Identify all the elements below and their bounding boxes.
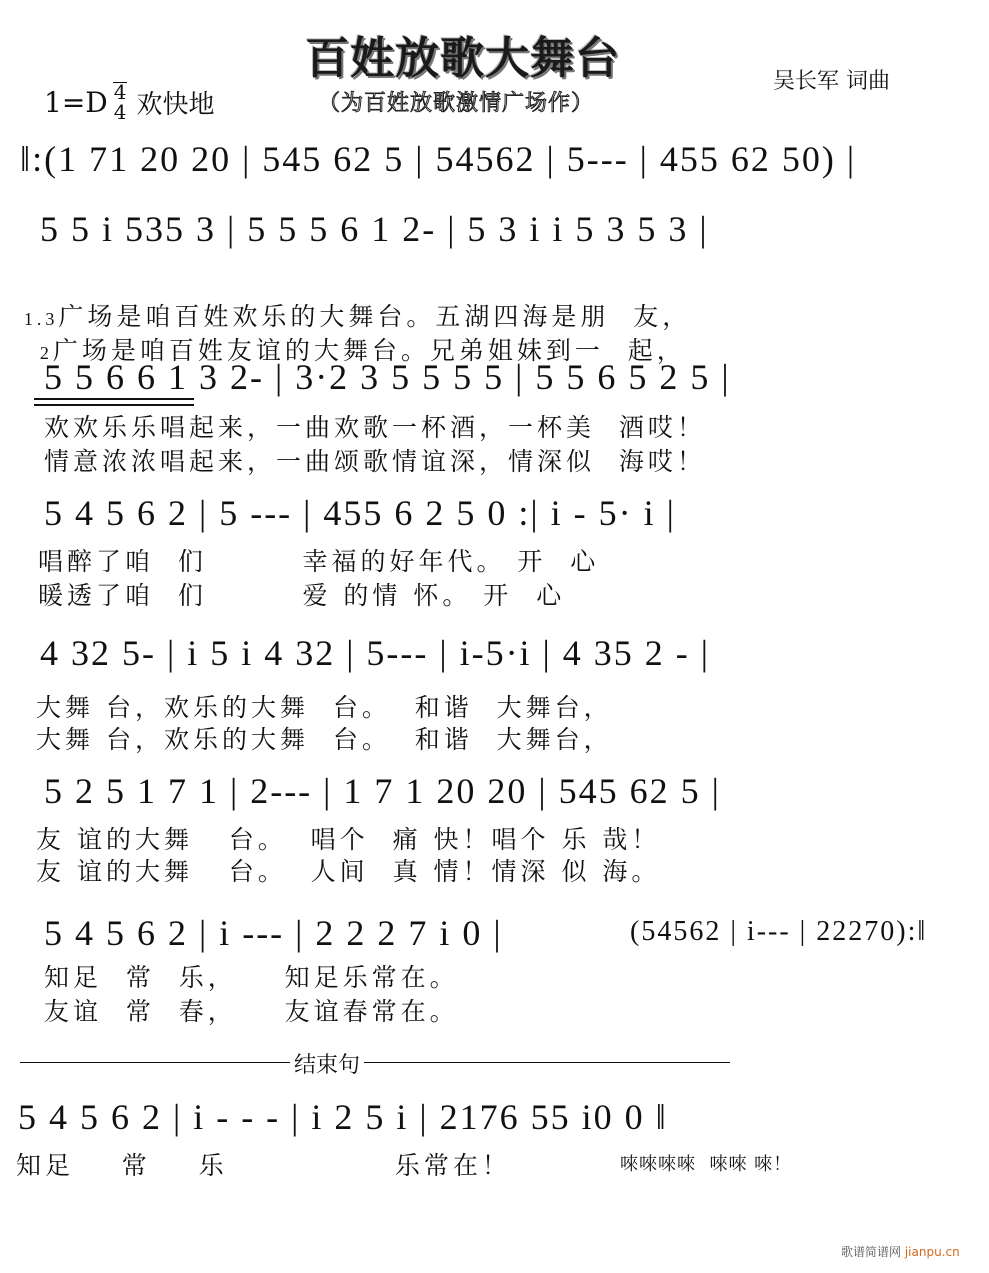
notation-line-6: 5 4 5 6 2 | i --- | 2 2 2 7 i 0 | [44,912,503,954]
ending-section-rule [20,1062,730,1063]
tempo-marking: 欢快地 [136,84,214,121]
lyric-line-5-verse-2: 友 谊的大舞 台。 人间 真 情！情深 似 海。 [36,852,660,888]
notation-line-1: 5 5 i 535 3 | 5 5 5 6 1 2- | 5 3 i i 5 3… [40,208,709,250]
lyric-line-ending: 知足 常 乐 乐常在！ [16,1146,511,1182]
lyric-line-6-verse-1: 知足 常 乐， 知足乐常在。 [44,958,459,994]
lyric-line-6-verse-2: 友谊 常 春， 友谊春常在。 [44,992,459,1028]
key-signature: 1=D 4 4 欢快地 [44,82,214,122]
watermark-text: 歌谱简谱网 [841,1245,901,1259]
notation-line-5: 5 2 5 1 7 1 | 2--- | 1 7 1 20 20 | 545 6… [44,770,721,812]
lyric-line-3-verse-2: 暖透了咱 们 爱 的情 怀。 开 心 [38,576,565,612]
lyric-line-2-verse-1: 欢欢乐乐唱起来，一曲欢歌一杯酒，一杯美 酒哎！ [44,408,706,444]
key-label: 1=D [44,86,108,119]
lyric-line-2-verse-2: 情意浓浓唱起来，一曲颂歌情谊深，情深似 海哎！ [44,442,706,478]
notation-line-ending: 5 4 5 6 2 | i - - - | i 2 5 i | 2176 55 … [18,1096,668,1138]
lyric-line-5-verse-1: 友 谊的大舞 台。 唱个 痛 快！唱个 乐 哉！ [36,820,660,856]
watermark: 歌谱简谱网 jianpu.cn [841,1243,960,1260]
time-signature: 4 4 [114,82,127,122]
notation-line-4: 4 32 5- | i 5 i 4 32 | 5--- | i-5·i | 4 … [40,632,710,674]
notation-line-3: 5 4 5 6 2 | 5 --- | 455 6 2 5 0 :| i - 5… [44,492,676,534]
ending-section-label: 结束句 [290,1048,364,1079]
notation-line-2: 5 5 6 6 1 3 2- | 3·2 3 5 5 5 5 | 5 5 6 5… [44,356,731,398]
notation-repeat-tail: (54562 | i--- | 22270):‖ [630,916,927,948]
song-title: 百姓放歌大舞台 [305,22,620,86]
lyric-line-ending-vocables: 唻唻唻唻 唻唻 唻！ [620,1150,792,1176]
notation-line-intro: ‖:(1 71 20 20 | 545 62 5 | 54562 | 5--- … [20,138,856,180]
song-subtitle: （为百姓放歌激情广场作） [318,86,594,117]
lyric-line-4-verse-1: 大舞 台，欢乐的大舞 台。 和谐 大舞台， [36,688,613,724]
watermark-url: jianpu.cn [905,1245,960,1259]
lyric-line-4-verse-2: 大舞 台，欢乐的大舞 台。 和谐 大舞台， [36,720,613,756]
author-credit: 吴长军 词曲 [773,64,890,95]
lyric-line-3-verse-1: 唱醉了咱 们 幸福的好年代。 开 心 [38,542,599,578]
